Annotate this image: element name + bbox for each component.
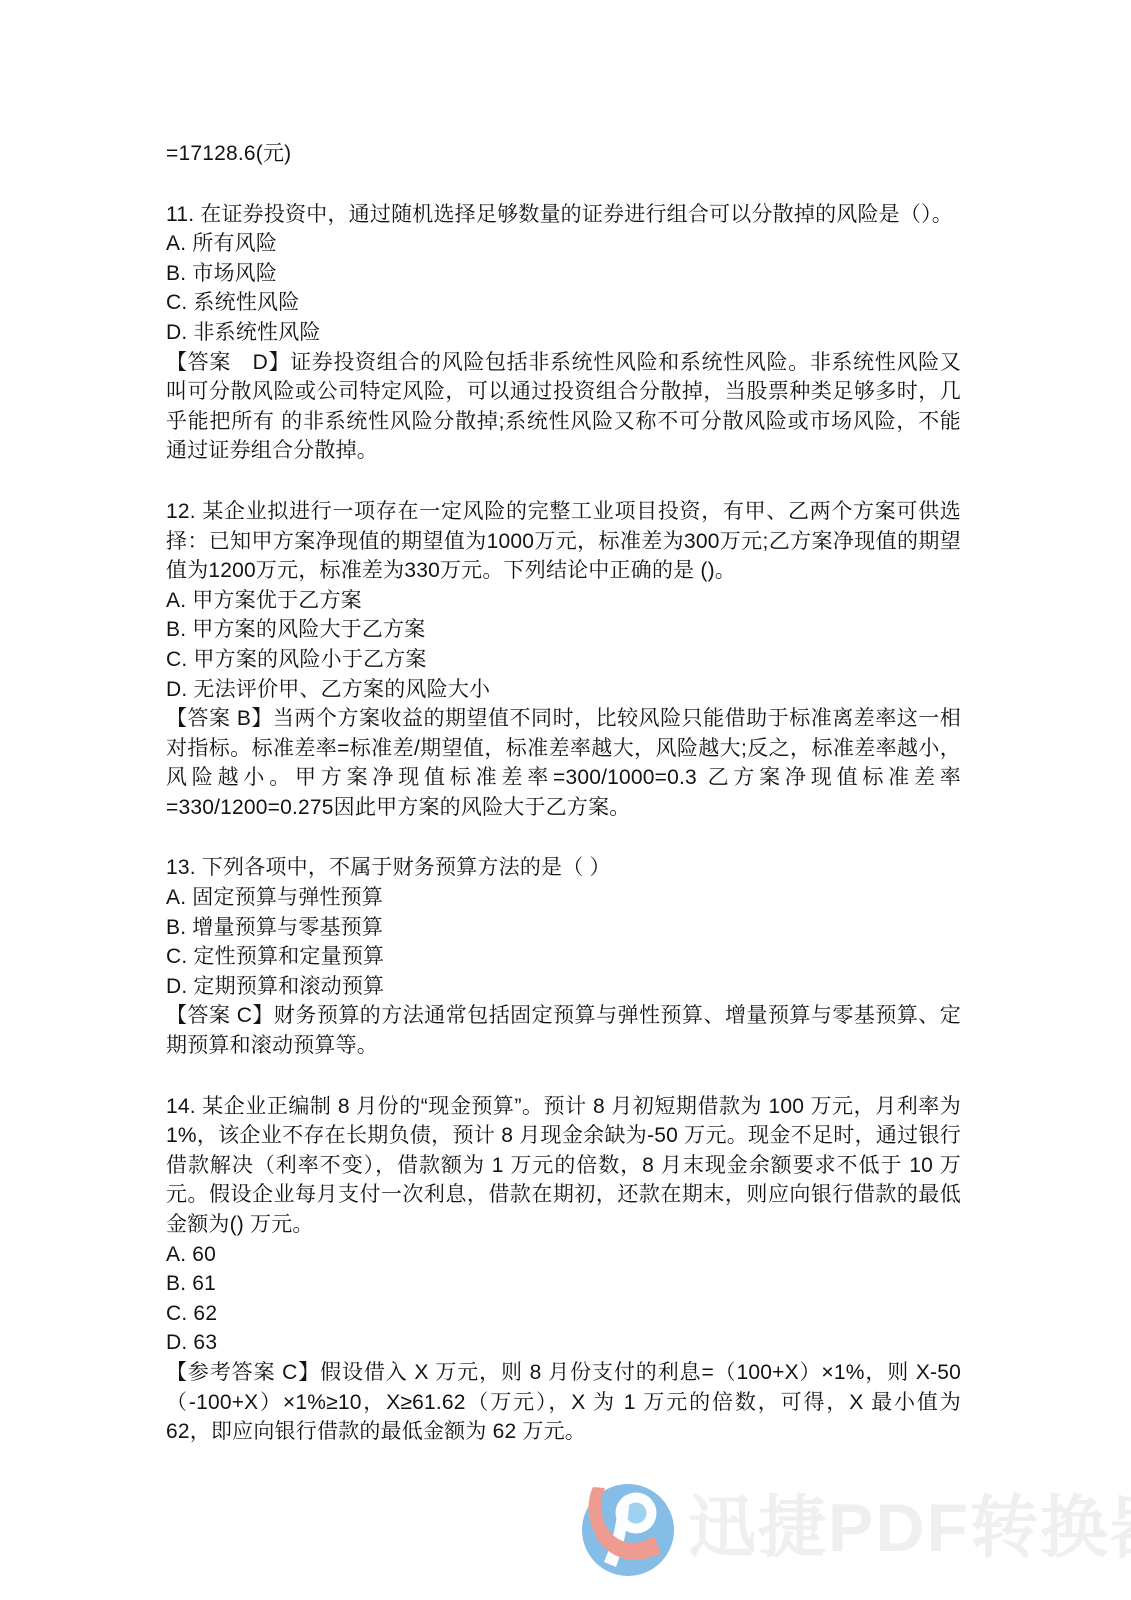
document-page: =17128.6(元) 11. 在证券投资中，通过随机选择足够数量的证券进行组合… (166, 139, 961, 1447)
watermark: 迅捷PDF转换器 (578, 1478, 1131, 1578)
question-12-option-c: C. 甲方案的风险小于乙方案 (166, 645, 961, 675)
question-13: 13. 下列各项中，不属于财务预算方法的是（ ） A. 固定预算与弹性预算 B.… (166, 853, 961, 1060)
question-12-option-b: B. 甲方案的风险大于乙方案 (166, 615, 961, 645)
question-13-option-b: B. 增量预算与零基预算 (166, 913, 961, 943)
question-11-option-d: D. 非系统性风险 (166, 318, 961, 348)
question-14-option-c: C. 62 (166, 1299, 961, 1329)
xunjie-pdf-converter-logo-icon (578, 1478, 678, 1578)
question-13-option-d: D. 定期预算和滚动预算 (166, 972, 961, 1002)
question-13-answer: 【答案 C】财务预算的方法通常包括固定预算与弹性预算、增量预算与零基预算、定期预… (166, 1001, 961, 1060)
question-13-stem: 13. 下列各项中，不属于财务预算方法的是（ ） (166, 853, 961, 883)
question-12-option-a: A. 甲方案优于乙方案 (166, 586, 961, 616)
question-13-option-c: C. 定性预算和定量预算 (166, 942, 961, 972)
question-11: 11. 在证券投资中，通过随机选择足够数量的证券进行组合可以分散掉的风险是（）。… (166, 200, 961, 466)
question-14: 14. 某企业正编制 8 月份的“现金预算”。预计 8 月初短期借款为 100 … (166, 1092, 961, 1447)
question-12-option-d: D. 无法评价甲、乙方案的风险大小 (166, 675, 961, 705)
question-11-stem: 11. 在证券投资中，通过随机选择足够数量的证券进行组合可以分散掉的风险是（）。 (166, 200, 961, 230)
question-12: 12. 某企业拟进行一项存在一定风险的完整工业项目投资，有甲、乙两个方案可供选择… (166, 497, 961, 823)
question-14-option-d: D. 63 (166, 1328, 961, 1358)
question-11-option-a: A. 所有风险 (166, 229, 961, 259)
question-11-option-b: B. 市场风险 (166, 259, 961, 289)
question-13-option-a: A. 固定预算与弹性预算 (166, 883, 961, 913)
question-12-stem: 12. 某企业拟进行一项存在一定风险的完整工业项目投资，有甲、乙两个方案可供选择… (166, 497, 961, 586)
question-14-stem: 14. 某企业正编制 8 月份的“现金预算”。预计 8 月初短期借款为 100 … (166, 1092, 961, 1240)
question-12-answer: 【答案 B】当两个方案收益的期望值不同时，比较风险只能借助于标准离差率这一相对指… (166, 704, 961, 822)
question-14-option-a: A. 60 (166, 1240, 961, 1270)
question-11-answer: 【答案 D】证券投资组合的风险包括非系统性风险和系统性风险。非系统性风险又叫可分… (166, 348, 961, 466)
question-14-option-b: B. 61 (166, 1269, 961, 1299)
calculation-result-line: =17128.6(元) (166, 139, 961, 169)
question-11-option-c: C. 系统性风险 (166, 288, 961, 318)
question-14-answer: 【参考答案 C】假设借入 X 万元，则 8 月份支付的利息=（100+X）×1%… (166, 1358, 961, 1447)
watermark-text: 迅捷PDF转换器 (688, 1478, 1131, 1578)
